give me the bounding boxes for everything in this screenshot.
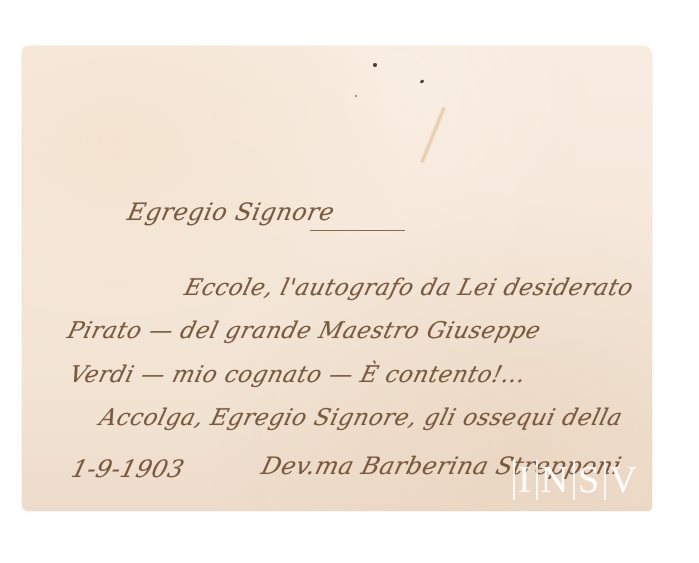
watermark-logo: I N S V: [510, 460, 639, 500]
watermark-letter: S: [578, 460, 601, 500]
letter-line-1: Eccole, l'autografo da Lei desiderato: [182, 275, 636, 301]
watermark-letter: N: [541, 460, 570, 500]
salutation-flourish: [310, 230, 405, 231]
letter-line-2: Pirato — del grande Maestro Giuseppe: [65, 318, 544, 344]
ink-spot: [355, 95, 357, 97]
watermark-letter: I: [518, 460, 533, 500]
watermark-divider: [604, 460, 606, 500]
watermark-divider: [513, 460, 515, 500]
letter-line-4: Accolga, Egregio Signore, gli ossequi de…: [97, 405, 625, 431]
watermark-letter: V: [609, 460, 638, 500]
letter-line-3: Verdi — mio cognato — È contento!...: [67, 362, 529, 388]
watermark-divider: [573, 460, 575, 500]
letter-date: 1-9-1903: [69, 455, 188, 483]
watermark-divider: [536, 460, 538, 500]
ink-spot: [373, 63, 377, 67]
letter-salutation: Egregio Signore: [125, 198, 337, 226]
